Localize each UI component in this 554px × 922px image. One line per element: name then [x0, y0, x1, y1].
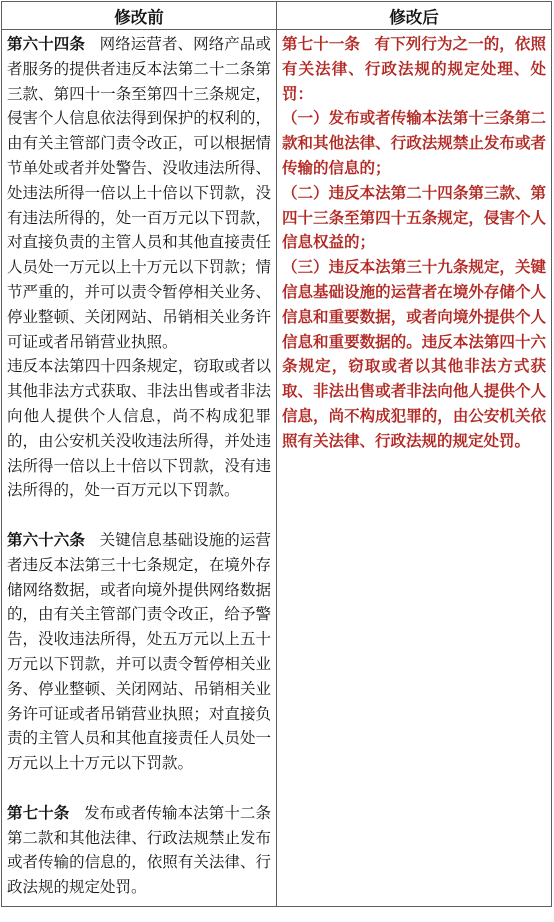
after-cell: 第七十一条有下列行为之一的，依照有关法律、行政法规的规定处理、处罚：（一）发布或… [277, 30, 552, 907]
article-number: 第六十四条 [7, 36, 85, 53]
revision-comparison-table: 修改前 修改后 第六十四条网络运营者、网络产品或者服务的提供者违反本法第二十二条… [1, 1, 552, 907]
paragraph [7, 777, 271, 802]
paragraph: 违反本法第四十四条规定，窃取或者以其他非法方式获取、非法出售或者非法向他人提供个… [7, 355, 271, 504]
paragraph-text: 网络运营者、网络产品或者服务的提供者违反本法第二十二条第三款、第四十一条至第四十… [7, 36, 271, 351]
paragraph: （二）违反本法第二十四条第三款、第四十三条至第四十五条规定，侵害个人信息权益的； [282, 182, 546, 256]
paragraph-text: （三）违反本法第三十九条规定，关键信息基础设施的运营者在境外存储个人信息和重要数… [282, 259, 546, 450]
paragraph: （三）违反本法第三十九条规定，关键信息基础设施的运营者在境外存储个人信息和重要数… [282, 256, 546, 454]
paragraph-text: 违反本法第四十四条规定，窃取或者以其他非法方式获取、非法出售或者非法向他人提供个… [7, 358, 271, 499]
header-row: 修改前 修改后 [2, 2, 552, 30]
before-cell: 第六十四条网络运营者、网络产品或者服务的提供者违反本法第二十二条第三款、第四十一… [2, 30, 277, 907]
paragraph: 第七十条发布或者传输本法第十二条第二款和其他法律、行政法规禁止发布或者传输的信息… [7, 802, 271, 901]
paragraph-text: （二）违反本法第二十四条第三款、第四十三条至第四十五条规定，侵害个人信息权益的； [282, 185, 546, 252]
paragraph-text: 关键信息基础设施的运营者违反本法第三十七条规定，在境外存储网络数据，或者向境外提… [7, 532, 271, 772]
paragraph: 第六十四条网络运营者、网络产品或者服务的提供者违反本法第二十二条第三款、第四十一… [7, 33, 271, 355]
paragraph: （一）发布或者传输本法第十三条第二款和其他法律、行政法规禁止发布或者传输的信息的… [282, 107, 546, 181]
article-number: 第七十一条 [282, 36, 360, 53]
header-after: 修改后 [277, 2, 552, 30]
article-number: 第七十条 [7, 805, 69, 822]
paragraph: 第六十六条关键信息基础设施的运营者违反本法第三十七条规定，在境外存储网络数据，或… [7, 529, 271, 777]
paragraph: 第七十一条有下列行为之一的，依照有关法律、行政法规的规定处理、处罚： [282, 33, 546, 107]
article-number: 第六十六条 [7, 532, 85, 549]
body-row: 第六十四条网络运营者、网络产品或者服务的提供者违反本法第二十二条第三款、第四十一… [2, 30, 552, 907]
paragraph [7, 504, 271, 529]
header-before: 修改前 [2, 2, 277, 30]
paragraph-text: （一）发布或者传输本法第十三条第二款和其他法律、行政法规禁止发布或者传输的信息的… [282, 110, 546, 177]
